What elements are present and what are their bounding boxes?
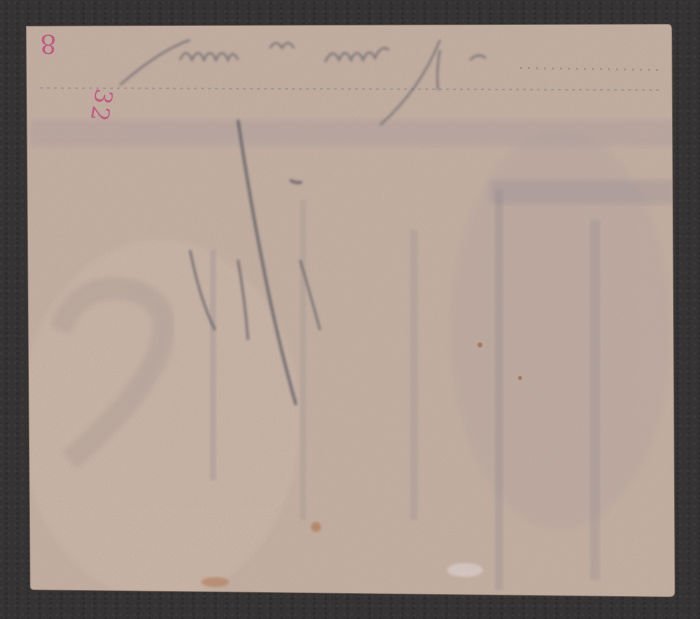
stamp-reverse: 8 32 xyxy=(0,0,700,619)
pencil-mark-8: 8 xyxy=(40,28,57,58)
pencil-mark-32: 32 xyxy=(84,87,118,126)
